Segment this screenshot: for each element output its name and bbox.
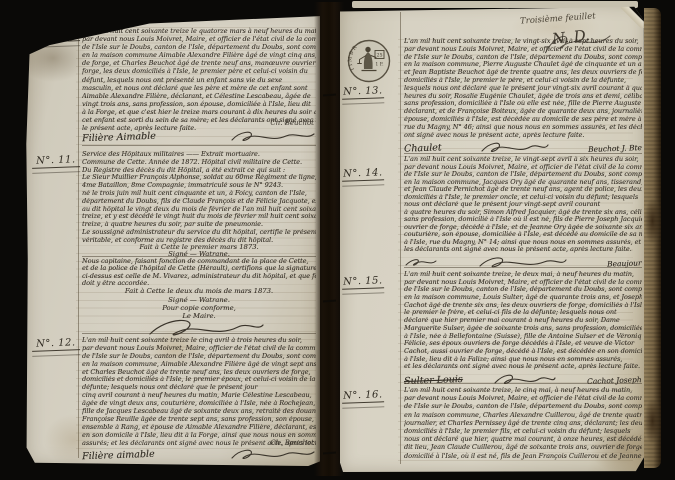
manuscript-line: déclaré que hier premier mai courant à n… xyxy=(404,317,642,325)
registry-book-scan: N°. 10. L'an mil huit cent soixante trei… xyxy=(0,0,675,480)
manuscript-line: à l'Isle, née à Bellefontaine (Suisse), … xyxy=(404,333,642,341)
manuscript-line: de l'Isle sur le Doubs, canton de l'Isle… xyxy=(404,402,642,410)
manuscript-line: à l'Isle, lieu dit à la Falize; ainsi qu… xyxy=(404,356,642,364)
book-gutter xyxy=(314,2,344,476)
manuscript-line: domicilié à l'Isle, où il est né, fils d… xyxy=(404,452,642,460)
number-underline xyxy=(342,97,384,104)
manuscript-line: par devant nous Louis Moivret, Maire, of… xyxy=(82,345,316,353)
signature-right-act12: Ch. Beuchot xyxy=(270,439,314,447)
manuscript-line: ci-dessus est celle de M. Vivarez, admin… xyxy=(82,273,316,280)
manuscript-line: de l'Isle sur le Doubs, canton de l'Isle… xyxy=(404,171,642,179)
manuscript-line: et de la police de l'hôpital de Cette (H… xyxy=(82,265,316,272)
act-13-text: L'an mil huit cent soixante treize, le v… xyxy=(404,38,642,139)
stamp-denomination: 25 xyxy=(376,53,382,59)
paraph-flourish-icon xyxy=(230,130,316,144)
page-stack-edge xyxy=(644,8,661,468)
act-11-certification-text: Nous capitaine, faisant fonction de comm… xyxy=(82,258,316,288)
manuscript-line: ont signé avec nous le présent acte, apr… xyxy=(404,132,642,140)
entry-number-label: N°. 12. xyxy=(36,337,76,349)
entry-number-label: N°. 14. xyxy=(343,167,383,179)
entry-separator xyxy=(82,256,316,257)
manuscript-line: cinq avril courant à neuf heures du mati… xyxy=(82,392,316,400)
manuscript-line: par devant nous Louis Moivret, Maire, et… xyxy=(404,164,642,172)
number-underline xyxy=(342,401,384,408)
right-page: Troisième feuillet N. D. TIMBRE 25 1 F. … xyxy=(340,4,645,472)
manuscript-line: heures du soir, Rosalie Eugénie Chaulet,… xyxy=(404,93,642,101)
manuscript-line: défunt, lesquels nous ont présenté un en… xyxy=(82,76,316,84)
certification-date-line: Fait à Cette le deux du mois de mars 187… xyxy=(82,287,316,295)
manuscript-line: et les déclarants ont signé avec nous le… xyxy=(404,363,642,371)
manuscript-line: département du Doubs, fils de Claude Fra… xyxy=(82,198,316,206)
entry-number-10: N°. 10. xyxy=(30,28,83,48)
number-underline xyxy=(342,179,384,186)
signature-beuchot: Beuchot J. Bte xyxy=(588,143,642,154)
manuscript-line: défunte; lesquels nous ont déclaré que l… xyxy=(82,384,316,392)
margin-rule xyxy=(400,12,401,464)
manuscript-line: treize, et y est décédé le vingt huit du… xyxy=(82,213,316,221)
manuscript-line: dit lieu, Jean Claude Cuillerou, âgé de … xyxy=(404,443,642,451)
manuscript-line: né le trois juin mil huit cent cinquante… xyxy=(82,190,316,198)
manuscript-line: en la maison commune, Aimable Alexandre … xyxy=(82,361,316,369)
number-underline xyxy=(342,287,384,294)
edge-stain xyxy=(644,398,661,444)
entry-number-13: N°. 13. xyxy=(342,85,385,104)
left-page: N°. 10. L'an mil huit cent soixante trei… xyxy=(26,6,320,466)
manuscript-line: de l'Isle sur le Doubs, canton de l'Isle… xyxy=(404,54,642,62)
manuscript-line: L'an mil huit cent soixante treize, le v… xyxy=(404,38,642,46)
manuscript-line: journalier, et Charles Pernissey âgé de … xyxy=(404,419,642,427)
manuscript-line: lesquels nous ont déclaré que le présent… xyxy=(404,85,642,93)
manuscript-line: Marguerite Sulser, âgée de soixante troi… xyxy=(404,325,642,333)
underlying-page-edge xyxy=(352,1,638,8)
manuscript-line: âgée de vingt deux ans, couturière, domi… xyxy=(82,400,316,408)
manuscript-line: de l'Isle sur le Doubs, canton de l'Isle… xyxy=(82,353,316,361)
manuscript-line: Le Sieur Muillier François Alphonse, sol… xyxy=(82,174,316,182)
manuscript-line: L'an mil huit cent soixante treize, le d… xyxy=(404,271,642,279)
manuscript-line: de l'Isle sur le Doubs, canton de l'Isle… xyxy=(404,286,642,294)
entry-separator xyxy=(404,267,642,268)
act-10-text: L'an mil huit cent soixante treize le qu… xyxy=(82,27,316,132)
signature-filiere: Filière aimable xyxy=(82,448,155,462)
act-16-text: L'an mil huit cent soixante treize, le c… xyxy=(404,386,642,460)
entry-number-12: N°. 12. xyxy=(30,337,83,357)
manuscript-line: et Charles Beuchot âgé de trente neuf an… xyxy=(82,369,316,377)
manuscript-line: à la Forge, et que c'est hier le treize … xyxy=(82,108,316,116)
manuscript-line: par devant nous Louis Moivret, Maire, et… xyxy=(404,279,642,287)
copy-conforme-line: Pour copie conforme, xyxy=(82,304,316,312)
manuscript-line: sans profession, domicilié à l'Isle où i… xyxy=(404,216,642,224)
manuscript-line: par devant nous Louis Moivret, Maire, et… xyxy=(82,35,316,43)
signature-right-act10: Ch. Beuchot xyxy=(270,119,314,127)
act-14-text: L'an mil huit cent soixante treize, le v… xyxy=(404,156,642,254)
entry-separator xyxy=(404,383,642,384)
signature-filiere: Filière Aimable xyxy=(82,130,156,144)
manuscript-line: Françoise Reuille âgée de trente sept an… xyxy=(82,416,316,424)
timbre-revenue-stamp-icon: TIMBRE 25 1 F. xyxy=(346,38,392,84)
manuscript-line: sans profession, domiciliée à l'Isle où … xyxy=(404,100,642,108)
manuscript-line: L'an mil huit cent soixante treize le ci… xyxy=(82,337,316,345)
manuscript-line: couturière, son épouse, domiciliée à l'I… xyxy=(404,231,642,239)
act-12-text: L'an mil huit cent soixante treize le ci… xyxy=(82,337,316,447)
manuscript-line: épouse, domiciliés à l'Isle, est décédée… xyxy=(404,116,642,124)
number-underline xyxy=(32,349,80,357)
manuscript-line: Commune de Cette. Année de 1872. Hôpital… xyxy=(82,159,316,167)
act-11-text: Service des Hôpitaux militaires —— Extra… xyxy=(82,151,316,245)
entry-number-label: N°. 11. xyxy=(36,154,76,166)
manuscript-line: vingt trois ans, sans profession, son ép… xyxy=(82,100,316,108)
edge-stain xyxy=(644,198,661,244)
manuscript-line: Aimable Alexandre Filière, déclarant, et… xyxy=(82,92,316,100)
act-12-signature-row: Filière aimable xyxy=(82,448,316,462)
manuscript-line: domiciliés à l'Isle, le premier oncle, e… xyxy=(404,194,642,202)
manuscript-line: ouvrier de forge, décédé à l'Isle, et de… xyxy=(404,224,642,232)
manuscript-line: domiciliés à l'Isle, le premier fils, et… xyxy=(404,427,642,435)
manuscript-line: treize, à quatre heures du soir, par sui… xyxy=(82,221,316,229)
entry-separator xyxy=(82,333,316,334)
manuscript-line: et Jean Claude Pernichot âgé de trente n… xyxy=(404,186,642,194)
number-underline xyxy=(32,166,80,174)
act-15-text: L'an mil huit cent soixante treize, le d… xyxy=(404,271,642,371)
manuscript-line: forge, les deux domiciliés à l'Isle, le … xyxy=(82,67,316,75)
manuscript-line: déclarant, et de Françoise Boiteux, âgée… xyxy=(404,108,642,116)
manuscript-line: L'an mil huit cent soixante treize le qu… xyxy=(82,27,316,35)
entry-number-label: N°. 13. xyxy=(343,85,383,97)
paraph-flourish-icon xyxy=(230,448,316,462)
manuscript-line: domiciliés et domiciliés à l'Isle, le pr… xyxy=(82,376,316,384)
stamp-value: 1 F. xyxy=(375,62,384,68)
manuscript-line: nous ont déclaré que le présent jour vin… xyxy=(404,201,642,209)
manuscript-line: et Jean Baptiste Beuchot âgé de trente q… xyxy=(404,69,642,77)
manuscript-line: à quatre heures du soir, Simon Alfred Ja… xyxy=(404,209,642,217)
signature-sulter: Sulter Louis xyxy=(404,373,463,386)
manuscript-line: Du Registre des décès du dit Hôpital, a … xyxy=(82,167,316,175)
manuscript-line: L'an mil huit cent soixante treize, le v… xyxy=(404,156,642,164)
manuscript-line: en la maison commune, Louis Sulter, âgé … xyxy=(404,294,642,302)
manuscript-line: en la maison commune Aimable Alexandre F… xyxy=(82,51,316,59)
manuscript-line: ensemble à Rang, et épouse de Aimable Al… xyxy=(82,424,316,432)
entry-separator xyxy=(82,145,316,146)
paraph-flourish-icon xyxy=(493,373,557,387)
entry-number-label: N°. 15. xyxy=(343,275,383,287)
manuscript-line: fille de Jacques Lescabeau âgé de soixan… xyxy=(82,408,316,416)
act-15-signature-row: Sulter Louis Cachot Joseph xyxy=(404,373,642,387)
manuscript-line: masculin, et nous ont déclaré que les pè… xyxy=(82,84,316,92)
manuscript-line: Service des Hôpitaux militaires —— Extra… xyxy=(82,151,316,159)
number-underline xyxy=(32,40,80,48)
manuscript-line: en la maison commune, Pierre Auguste Cha… xyxy=(404,61,642,69)
entry-number-label: N°. 10. xyxy=(36,28,76,40)
manuscript-line: de forge, et Charles Beuchot âgé de tren… xyxy=(82,59,316,67)
manuscript-line: rue du Magny, N° 46; ainsi que nous nous… xyxy=(404,124,642,132)
manuscript-line: de l'Isle sur le Doubs, canton de l'Isle… xyxy=(82,43,316,51)
manuscript-line: par devant nous Louis Moivret, Maire, et… xyxy=(404,46,642,54)
manuscript-line: L'an mil huit cent soixante treize, le c… xyxy=(404,386,642,394)
entry-number-label: N°. 16. xyxy=(343,389,383,401)
manuscript-line: les déclarants ont signé avec nous le pr… xyxy=(404,246,642,254)
entry-separator xyxy=(404,153,642,154)
act-10-signature-row: Filière Aimable xyxy=(82,130,316,144)
manuscript-line: Le soussigné administrateur du service d… xyxy=(82,229,316,237)
certification-signed-line: Signé — Watrane. xyxy=(82,296,316,304)
folio-annotation: Troisième feuillet xyxy=(520,11,596,26)
manuscript-line: en la maison commune, Jacques Ory âgé de… xyxy=(404,179,642,187)
manuscript-line: à l'Isle, rue du Magny, N° 14; ainsi que… xyxy=(404,239,642,247)
entry-number-11: N°. 11. xyxy=(30,154,83,174)
manuscript-line: nous ont déclaré que hier, quatre mai co… xyxy=(404,435,642,443)
manuscript-line: Cachot âgé de trente six ans, les deux o… xyxy=(404,302,642,310)
manuscript-line: Nous capitaine, faisant fonction de comm… xyxy=(82,258,316,265)
manuscript-line: en la maison commune, Charles Alexandre … xyxy=(404,411,642,419)
manuscript-line: Cachot, aussi ouvrier de forge, décédé à… xyxy=(404,348,642,356)
manuscript-line: Félicie, ses époux ouvriers de forge déc… xyxy=(404,340,642,348)
margin-rule xyxy=(78,20,79,458)
entry-number-14: N°. 14. xyxy=(342,167,385,186)
folded-corner xyxy=(621,4,645,28)
manuscript-line: le premier le frère, et celui-ci fils de… xyxy=(404,309,642,317)
entry-number-16: N°. 16. xyxy=(342,389,385,408)
manuscript-line: au dit hôpital le vingt deux du mois de … xyxy=(82,206,316,214)
entry-number-15: N°. 15. xyxy=(342,275,385,294)
manuscript-line: 4me Bataillon, 8me Compagnie, immatricul… xyxy=(82,182,316,190)
manuscript-line: domiciliés à l'Isle, le premier le père,… xyxy=(404,77,642,85)
manuscript-line: par devant nous Louis Moivret, Maire, et… xyxy=(404,394,642,402)
